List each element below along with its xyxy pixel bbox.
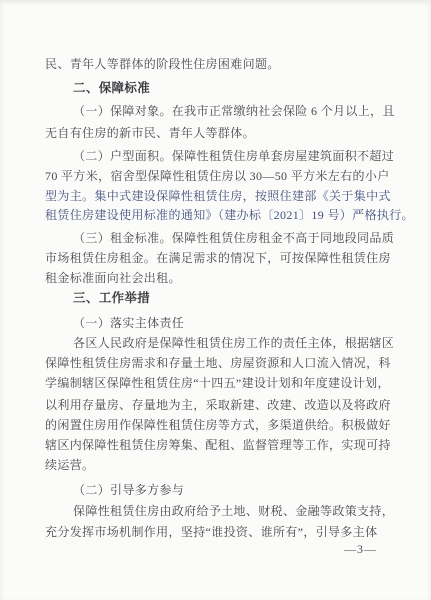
text-line: 续运营。 bbox=[45, 458, 94, 473]
subsection-heading: （二）引导多方参与 bbox=[73, 483, 184, 498]
text-line: （二）户型面积。保障性租赁住房单套房屋建筑面积不超过 bbox=[73, 149, 394, 164]
document-page: 民、青年人等群体的阶段性住房困难问题。 二、保障标准 （一）保障对象。在我市正常… bbox=[0, 0, 431, 600]
subsection-heading: （一）落实主体责任 bbox=[73, 316, 184, 331]
text-line: 租金标准面向社会出租。 bbox=[45, 271, 181, 286]
text-line: 各区人民政府是保障性租赁住房工作的责任主体，根据辖区 bbox=[73, 336, 394, 351]
text-line: （一）保障对象。在我市正常缴纳社会保险 6 个月以上，且 bbox=[73, 104, 395, 119]
text-line: 辖区内保障性租赁住房筹集、配租、监督管理等工作，实现可持 bbox=[45, 438, 391, 453]
text-line: 保障性租赁住房需求和存量土地、房屋资源和人口流入情况，科 bbox=[45, 356, 391, 371]
text-line: 租赁住房建设使用标准的通知》（建办标〔2021〕19 号）严格执行。 bbox=[45, 208, 414, 223]
text-line: 学编制辖区保障性租赁住房“十四五”建设计划和年度建设计划， bbox=[45, 376, 390, 391]
text-line: （三）租金标准。保障性租赁住房租金不高于同地段同品质 bbox=[73, 231, 394, 246]
section-heading: 二、保障标准 bbox=[73, 81, 150, 96]
scan-edge bbox=[0, 0, 431, 4]
text-line: 型为主。集中式建设保障性租赁住房，按照住建部《关于集中式 bbox=[45, 189, 391, 204]
text-line: 民、青年人等群体的阶段性住房困难问题。 bbox=[45, 57, 280, 72]
page-number: —3— bbox=[344, 542, 377, 557]
section-heading: 三、工作举措 bbox=[73, 291, 150, 306]
text-line: 的闲置住房用作保障性租赁住房等方式，多渠道供给。积极做好 bbox=[45, 418, 391, 433]
text-line: 70 平方米，宿舍型保障性租赁住房以 30—50 平方米左右的小户 bbox=[45, 169, 390, 184]
text-line: 保障性租赁住房由政府给予土地、财税、金融等政策支持， bbox=[73, 504, 394, 519]
text-line: 充分发挥市场机制作用，坚持“谁投资、谁所有”，引导多主体 bbox=[45, 525, 377, 540]
text-line: 以利用存量房、存量地为主，采取新建、改建、改造以及将政府 bbox=[45, 398, 391, 413]
text-line: 无自有住房的新市民、青年人等群体。 bbox=[45, 126, 255, 141]
text-line: 市场租赁住房租金。在满足需求的情况下，可按保障性租赁住房 bbox=[45, 251, 391, 266]
